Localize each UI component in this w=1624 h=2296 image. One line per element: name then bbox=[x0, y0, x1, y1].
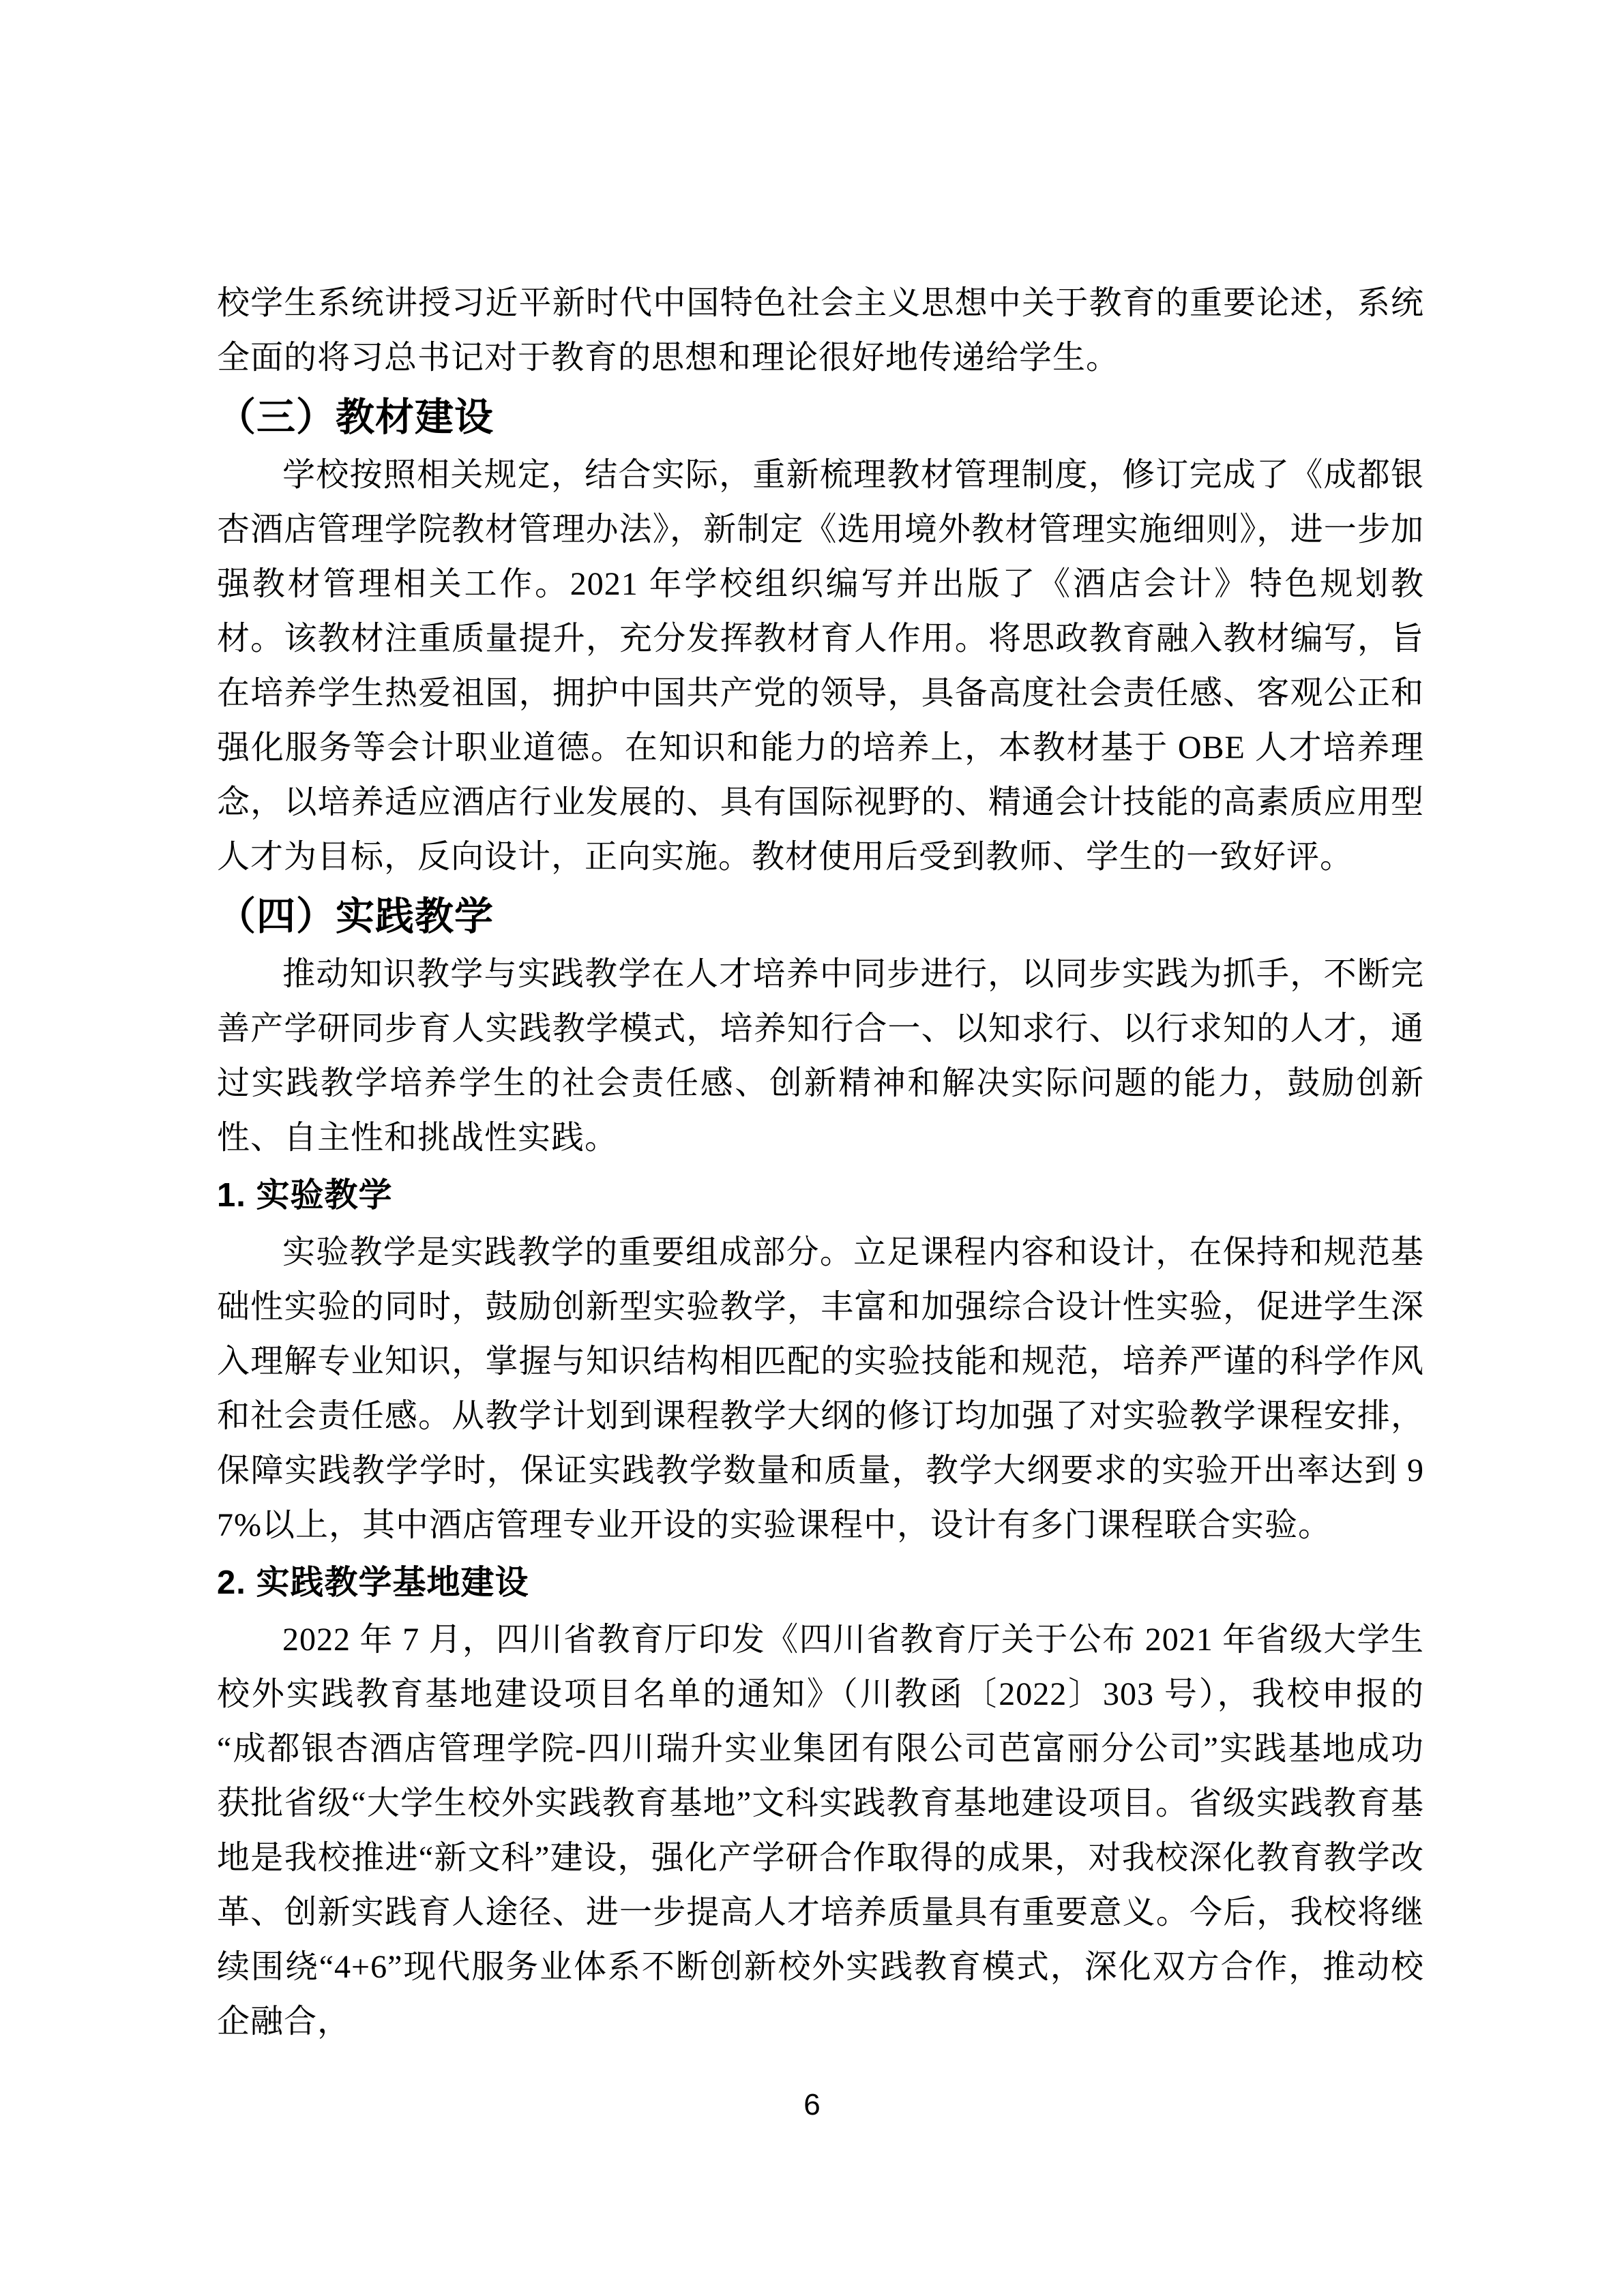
body-paragraph-continuation: 校学生系统讲授习近平新时代中国特色社会主义思想中关于教育的重要论述，系统全面的将… bbox=[217, 276, 1424, 385]
page-number: 6 bbox=[0, 2088, 1624, 2122]
body-paragraph-practical-teaching: 推动知识教学与实践教学在人才培养中同步进行，以同步实践为抓手，不断完善产学研同步… bbox=[217, 947, 1424, 1165]
document-body: 校学生系统讲授习近平新时代中国特色社会主义思想中关于教育的重要论述，系统全面的将… bbox=[217, 276, 1424, 2049]
subsection-heading-practice-base: 2. 实践教学基地建设 bbox=[217, 1554, 1424, 1611]
body-paragraph-experimental-teaching: 实验教学是实践教学的重要组成部分。立足课程内容和设计，在保持和规范基础性实验的同… bbox=[217, 1225, 1424, 1553]
body-paragraph-teaching-materials: 学校按照相关规定，结合实际，重新梳理教材管理制度，修订完成了《成都银杏酒店管理学… bbox=[217, 448, 1424, 884]
section-heading-practical-teaching: （四）实践教学 bbox=[217, 887, 1424, 946]
document-page: 校学生系统讲授习近平新时代中国特色社会主义思想中关于教育的重要论述，系统全面的将… bbox=[0, 0, 1624, 2296]
section-heading-teaching-materials: （三）教材建设 bbox=[217, 388, 1424, 447]
subsection-heading-experimental-teaching: 1. 实验教学 bbox=[217, 1167, 1424, 1224]
body-paragraph-practice-base: 2022 年 7 月，四川省教育厅印发《四川省教育厅关于公布 2021 年省级大… bbox=[217, 1613, 1424, 2049]
